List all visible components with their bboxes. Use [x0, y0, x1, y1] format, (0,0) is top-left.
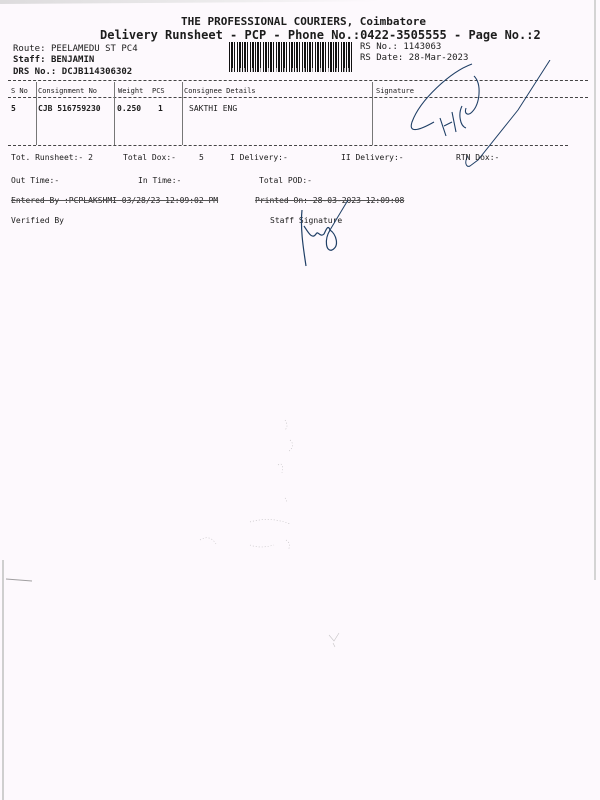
staff-line: Staff: BENJAMIN [13, 55, 94, 65]
i-delivery-label: I Delivery:- [230, 153, 288, 162]
scan-edge-top [0, 0, 380, 4]
staff-signature-icon [290, 200, 360, 270]
scan-artifact [6, 576, 36, 584]
runsheet-page: THE PROFESSIONAL COURIERS, Coimbatore De… [0, 0, 600, 800]
cell-consignment-no: CJB 516759230 [38, 104, 101, 113]
rs-no-line: RS No.: 1143063 [360, 42, 441, 52]
table-header-rule [8, 97, 588, 98]
staff-label: Staff: [13, 55, 46, 65]
cell-consignee: SAKTHI ENG [189, 104, 237, 113]
tot-runsheet-value: 2 [88, 153, 93, 162]
verified-by-label: Verified By [11, 216, 64, 225]
scan-artifact [190, 410, 320, 560]
col-header-consignee-details: Consignee Details [184, 87, 256, 95]
col-header-weight: Weight [118, 87, 143, 95]
col-header-pcs: PCS [152, 87, 165, 95]
drs-line: DRS No.: DCJB114306302 [13, 67, 132, 77]
total-dox-label: Total Dox:- [123, 153, 176, 162]
scan-edge-left [2, 560, 4, 800]
in-time-label: In Time:- [138, 176, 181, 185]
col-divider [182, 82, 183, 145]
total-pod-label: Total POD:- [259, 176, 312, 185]
entered-by: Entered By :PCPLAKSHMI 03/28/23 12:09:02… [11, 196, 218, 205]
col-header-signature: Signature [376, 87, 414, 95]
rs-date-line: RS Date: 28-Mar-2023 [360, 53, 468, 63]
rs-date-value: 28-Mar-2023 [409, 53, 469, 63]
staff-value: BENJAMIN [51, 55, 94, 65]
col-divider [372, 82, 373, 145]
rs-no-label: RS No.: [360, 42, 398, 52]
barcode-icon [229, 42, 354, 72]
tot-runsheet-label: Tot. Runsheet:- [11, 153, 83, 162]
tot-runsheet: Tot. Runsheet:- 2 [11, 153, 93, 162]
staff-signature-label: Staff Signature [270, 216, 342, 225]
drs-value: DCJB114306302 [62, 67, 132, 77]
col-divider [36, 82, 37, 145]
company-name: THE PROFESSIONAL COURIERS, Coimbatore [181, 15, 426, 28]
scan-artifact [325, 625, 345, 650]
printed-on: Printed On: 28-03-2023 12:09:08 [255, 196, 404, 205]
out-time-label: Out Time:- [11, 176, 59, 185]
rs-no-value: 1143063 [403, 42, 441, 52]
col-header-s-no: S No [11, 87, 28, 95]
table-bottom-rule [8, 145, 568, 146]
route-label: Route: [13, 44, 46, 54]
cell-pcs: 1 [158, 104, 163, 113]
runsheet-title: Delivery Runsheet - PCP - Phone No.:0422… [100, 28, 541, 42]
col-divider [114, 82, 115, 145]
drs-label: DRS No.: [13, 67, 56, 77]
cell-weight: 0.250 [117, 104, 141, 113]
scan-edge-right [594, 0, 596, 580]
rs-date-label: RS Date: [360, 53, 403, 63]
cell-s-no: 5 [11, 104, 16, 113]
route-value: PEELAMEDU ST PC4 [51, 44, 138, 54]
ii-delivery-label: II Delivery:- [341, 153, 404, 162]
table-top-rule [8, 80, 588, 81]
rtn-dox-label: RTN Dox:- [456, 153, 499, 162]
total-dox-value: 5 [199, 153, 204, 162]
col-header-consignment-no: Consignment No [38, 87, 97, 95]
route-line: Route: PEELAMEDU ST PC4 [13, 44, 138, 54]
